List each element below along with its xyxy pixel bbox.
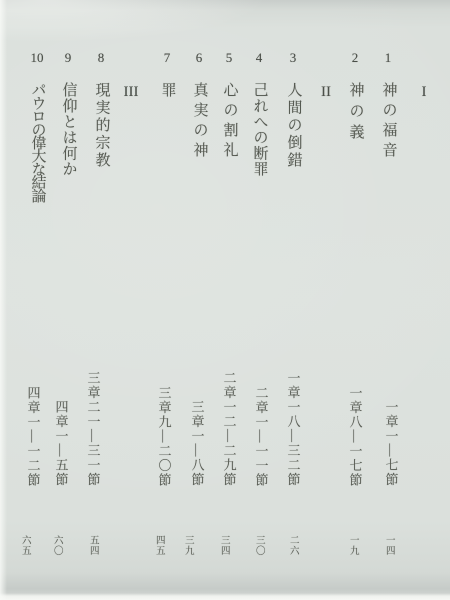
entry-verse-range: 一章一八—三二節 (287, 371, 300, 487)
toc-entry: 6真実の神三章一—八節三九 (182, 50, 216, 570)
section-numeral: III (124, 84, 139, 101)
entry-title: 心の割礼 (222, 82, 237, 162)
entry-title: パウロの偉大な結論 (30, 82, 45, 201)
toc-entry: 10パウロの偉大な結論四章一—一二節六五 (20, 50, 54, 570)
entry-title: 神の福音 (381, 82, 396, 162)
entry-page-number: 一九 (347, 535, 357, 556)
entry-verse-range: 二章一—一一節 (255, 386, 268, 488)
entry-title: 罪 (160, 82, 175, 102)
entry-page-number: 三〇 (253, 535, 263, 556)
section-numeral: II (321, 84, 331, 101)
entry-number: 9 (65, 50, 72, 66)
entry-title: 真実の神 (192, 82, 207, 162)
entry-title: 神の義 (348, 82, 363, 145)
entry-number: 4 (256, 50, 263, 66)
entry-verse-range: 一章八—一七節 (349, 386, 362, 488)
entry-verse-range: 四章一—五節 (55, 400, 68, 487)
toc-entry: 1神の福音一章一—七節一四 (371, 50, 405, 570)
entry-number: 2 (352, 50, 359, 66)
entry-page-number: 一四 (383, 535, 393, 556)
entry-verse-range: 三章一—八節 (191, 400, 204, 487)
toc-entry: 3人間の倒錯一章一八—三二節二六 (276, 50, 310, 570)
entry-title: 現実的宗教 (94, 82, 109, 170)
toc-entry: 4己れへの断罪二章一—一一節三〇 (242, 50, 276, 570)
entry-page-number: 三四 (218, 535, 228, 556)
toc-entry: 2神の義一章八—一七節一九 (338, 50, 372, 570)
entry-page-number: 二六 (287, 535, 297, 556)
entry-number: 3 (290, 50, 297, 66)
entry-number: 1 (385, 50, 392, 66)
entry-verse-range: 三章二一—三一節 (87, 371, 100, 487)
entry-page-number: 五四 (87, 535, 97, 556)
entry-verse-range: 三章九—二〇節 (158, 386, 171, 488)
entry-verse-range: 二章一二—二九節 (223, 371, 236, 487)
entry-title: 人間の倒錯 (286, 82, 301, 170)
screenshot-root: { "toc": { "sections": [ { "numeral": "I… (0, 0, 450, 600)
entry-number: 6 (196, 50, 203, 66)
entry-title: 信仰とは何か (61, 82, 76, 177)
entry-number: 7 (164, 50, 171, 66)
entry-verse-range: 四章一—一二節 (27, 386, 40, 488)
toc-entry: 9信仰とは何か四章一—五節六〇 (51, 50, 85, 570)
book-page-photo: I1神の福音一章一—七節一四2神の義一章八—一七節一九II3人間の倒錯一章一八—… (0, 0, 450, 600)
entry-number: 8 (98, 50, 105, 66)
section-numeral: I (422, 84, 427, 101)
toc-entry: 5心の割礼二章一二—二九節三四 (212, 50, 246, 570)
entry-verse-range: 一章一—七節 (385, 400, 398, 487)
toc-entry: 8現実的宗教三章二一—三一節五四 (84, 50, 118, 570)
toc-entry: 7罪三章九—二〇節四五 (150, 50, 184, 570)
entry-page-number: 四五 (153, 535, 163, 556)
entry-title: 己れへの断罪 (252, 82, 267, 177)
entry-number: 5 (226, 50, 233, 66)
entry-page-number: 六五 (19, 535, 29, 556)
table-of-contents: I1神の福音一章一—七節一四2神の義一章八—一七節一九II3人間の倒錯一章一八—… (0, 0, 450, 600)
entry-number: 10 (31, 50, 44, 66)
